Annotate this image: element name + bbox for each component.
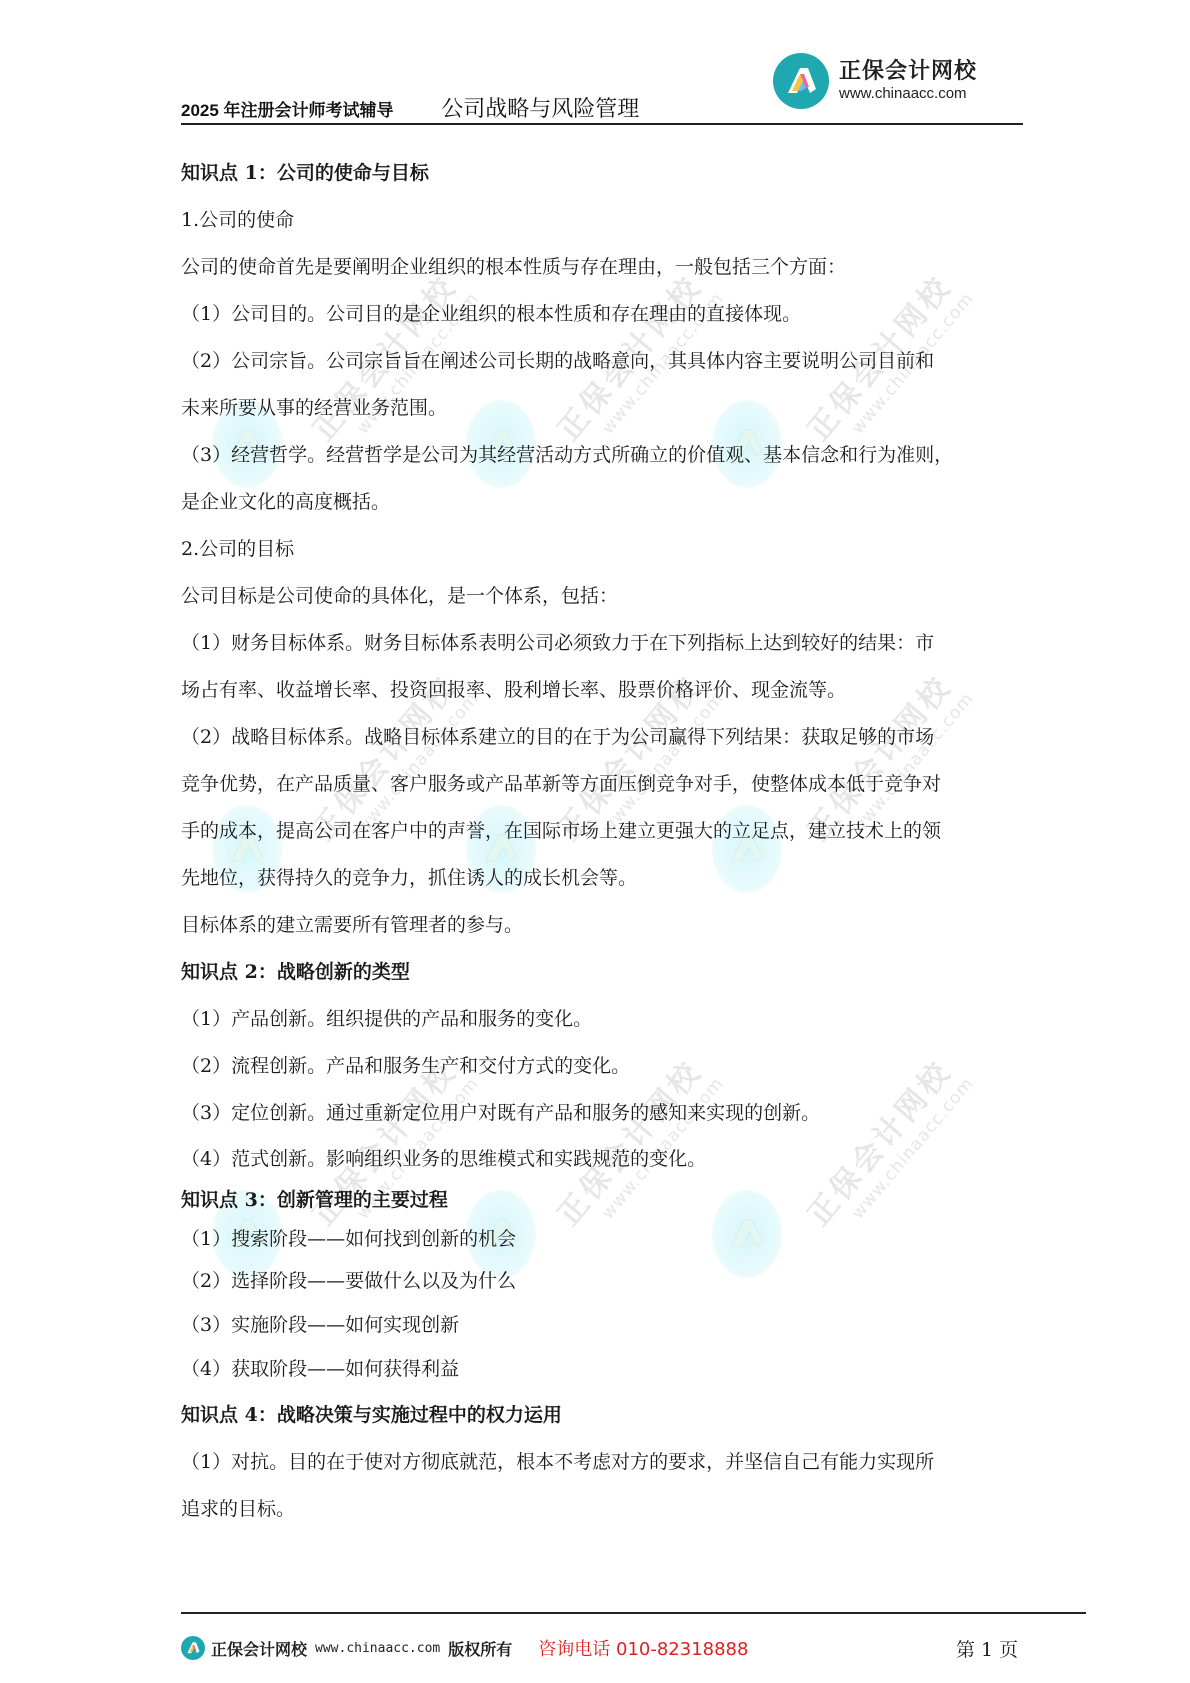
- section-heading-1: 知识点 1：公司的使命与目标: [181, 150, 1023, 197]
- subject-title: 公司战略与风险管理: [441, 97, 639, 122]
- list-item: （1）财务目标体系。财务目标体系表明公司必须致力于在下列指标上达到较好的结果：市: [181, 620, 1023, 667]
- list-item: （1）搜索阶段——如何找到创新的机会: [181, 1219, 1023, 1259]
- list-item: （4）范式创新。影响组织业务的思维模式和实践规范的变化。: [181, 1137, 1023, 1181]
- paragraph: 公司的使命首先是要阐明企业组织的根本性质与存在理由，一般包括三个方面：: [181, 244, 1023, 291]
- paragraph: 目标体系的建立需要所有管理者的参与。: [181, 902, 1023, 949]
- list-item: （3）实施阶段——如何实现创新: [181, 1304, 1023, 1346]
- list-item: （3）经营哲学。经营哲学是公司为其经营活动方式所确立的价值观、基本信念和行为准则…: [181, 432, 1023, 479]
- page-number: 第 1 页: [956, 1635, 1018, 1662]
- list-item: （2）公司宗旨。公司宗旨旨在阐述公司长期的战略意向，其具体内容主要说明公司目前和: [181, 338, 1023, 385]
- document-body: 知识点 1：公司的使命与目标 1.公司的使命 公司的使命首先是要阐明企业组织的根…: [181, 150, 1023, 1533]
- list-item: （2）战略目标体系。战略目标体系建立的目的在于为公司赢得下列结果：获取足够的市场: [181, 714, 1023, 761]
- list-item: （1）公司目的。公司目的是企业组织的根本性质和存在理由的直接体现。: [181, 291, 1023, 338]
- list-item: （1）产品创新。组织提供的产品和服务的变化。: [181, 996, 1023, 1043]
- page-header: 2025 年注册会计师考试辅导 公司战略与风险管理 正保会计网校 www.chi…: [181, 0, 1023, 126]
- footer-divider: [181, 1612, 1086, 1614]
- brand-logo: 正保会计网校 www.chinaacc.com: [773, 53, 977, 109]
- section-heading-4: 知识点 4：战略决策与实施过程中的权力运用: [181, 1392, 1023, 1439]
- brand-name: 正保会计网校: [839, 59, 977, 85]
- list-item: （3）定位创新。通过重新定位用户对既有产品和服务的感知来实现的创新。: [181, 1090, 1023, 1137]
- paragraph-continuation: 场占有率、收益增长率、投资回报率、股利增长率、股票价格评价、现金流等。: [181, 667, 1023, 714]
- list-item: （2）流程创新。产品和服务生产和交付方式的变化。: [181, 1043, 1023, 1090]
- chinaacc-logo-icon: [181, 1636, 205, 1660]
- header-title-group: 2025 年注册会计师考试辅导 公司战略与风险管理: [181, 92, 639, 123]
- paragraph-continuation: 是企业文化的高度概括。: [181, 479, 1023, 526]
- chinaacc-logo-icon: [773, 53, 829, 109]
- brand-url: www.chinaacc.com: [839, 85, 977, 103]
- section-heading-3: 知识点 3：创新管理的主要过程: [181, 1181, 1023, 1219]
- subheading-mission: 1.公司的使命: [181, 197, 1023, 244]
- list-item: （2）选择阶段——要做什么以及为什么: [181, 1259, 1023, 1304]
- list-item: （4）获取阶段——如何获得利益: [181, 1346, 1023, 1392]
- paragraph-continuation: 手的成本，提高公司在客户中的声誉，在国际市场上建立更强大的立足点，建立技术上的领: [181, 808, 1023, 855]
- paragraph-continuation: 先地位，获得持久的竞争力，抓住诱人的成长机会等。: [181, 855, 1023, 902]
- subheading-goals: 2.公司的目标: [181, 526, 1023, 573]
- paragraph-continuation: 未来所要从事的经营业务范围。: [181, 385, 1023, 432]
- paragraph-continuation: 竞争优势，在产品质量、客户服务或产品革新等方面压倒竞争对手，使整体成本低于竞争对: [181, 761, 1023, 808]
- footer-phone: 咨询电话 010-82318888: [538, 1635, 748, 1661]
- section-heading-2: 知识点 2：战略创新的类型: [181, 949, 1023, 996]
- footer-brand: 正保会计网校: [211, 1637, 307, 1660]
- footer-url[interactable]: www.chinaacc.com: [315, 1641, 440, 1656]
- page-footer: 正保会计网校 www.chinaacc.com 版权所有 咨询电话 010-82…: [181, 1633, 1086, 1663]
- paragraph-continuation: 追求的目标。: [181, 1486, 1023, 1533]
- header-divider: [181, 123, 1023, 125]
- list-item: （1）对抗。目的在于使对方彻底就范，根本不考虑对方的要求，并坚信自己有能力实现所: [181, 1439, 1023, 1486]
- footer-copyright: 版权所有: [448, 1637, 512, 1660]
- exam-title: 2025 年注册会计师考试辅导: [181, 101, 394, 120]
- paragraph: 公司目标是公司使命的具体化，是一个体系，包括：: [181, 573, 1023, 620]
